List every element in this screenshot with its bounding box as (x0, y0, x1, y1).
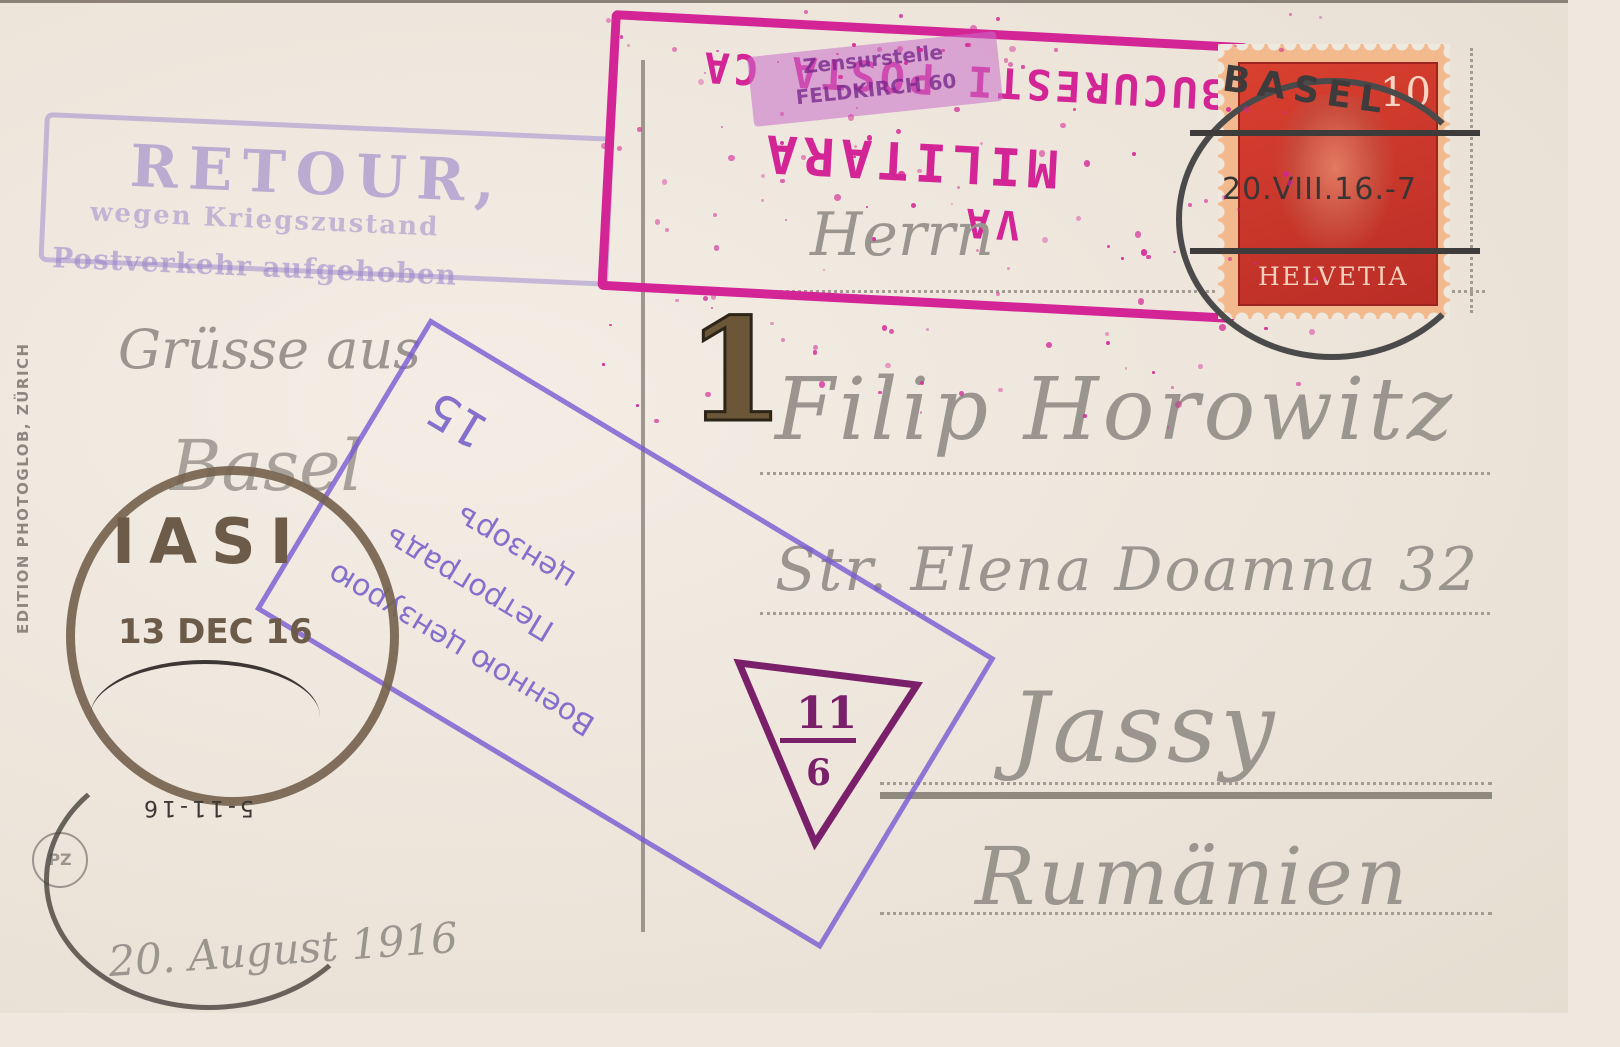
address-underline (880, 792, 1492, 799)
iasi-postmark-date: 13 DEC 16 (118, 612, 313, 652)
postage-due-numeral: 1 (686, 288, 785, 454)
address-salutation: Herrn (810, 200, 994, 270)
address-country: Rumänien (975, 830, 1410, 923)
message-greeting-line1: Grüsse aus (118, 318, 421, 381)
publisher-imprint: EDITION PHOTOGLOB, ZÜRICH (14, 342, 32, 634)
address-name: Filip Horowitz (775, 360, 1456, 460)
russian-censor-number: 15 (417, 380, 498, 459)
secondary-postmark-date: 5-11-16 (140, 795, 254, 820)
postmark-bar-bottom (1190, 248, 1480, 254)
address-line-2 (760, 472, 1490, 475)
basel-postmark-ring (1176, 78, 1488, 360)
secondary-postmark-ring (44, 750, 374, 1010)
triangle-denominator: 6 (806, 752, 831, 794)
address-city: Jassy (1010, 672, 1278, 784)
triangle-numerator: 11 (796, 688, 857, 739)
iasi-postmark-city: IASI (112, 505, 307, 578)
basel-postmark-date: 20.VIII.16.-7 (1222, 172, 1417, 207)
postmark-bar-top (1190, 130, 1480, 136)
triangle-fraction-bar (780, 738, 856, 743)
postcard: EDITION PHOTOGLOB, ZÜRICH PZ RETOUR, weg… (0, 0, 1568, 1013)
